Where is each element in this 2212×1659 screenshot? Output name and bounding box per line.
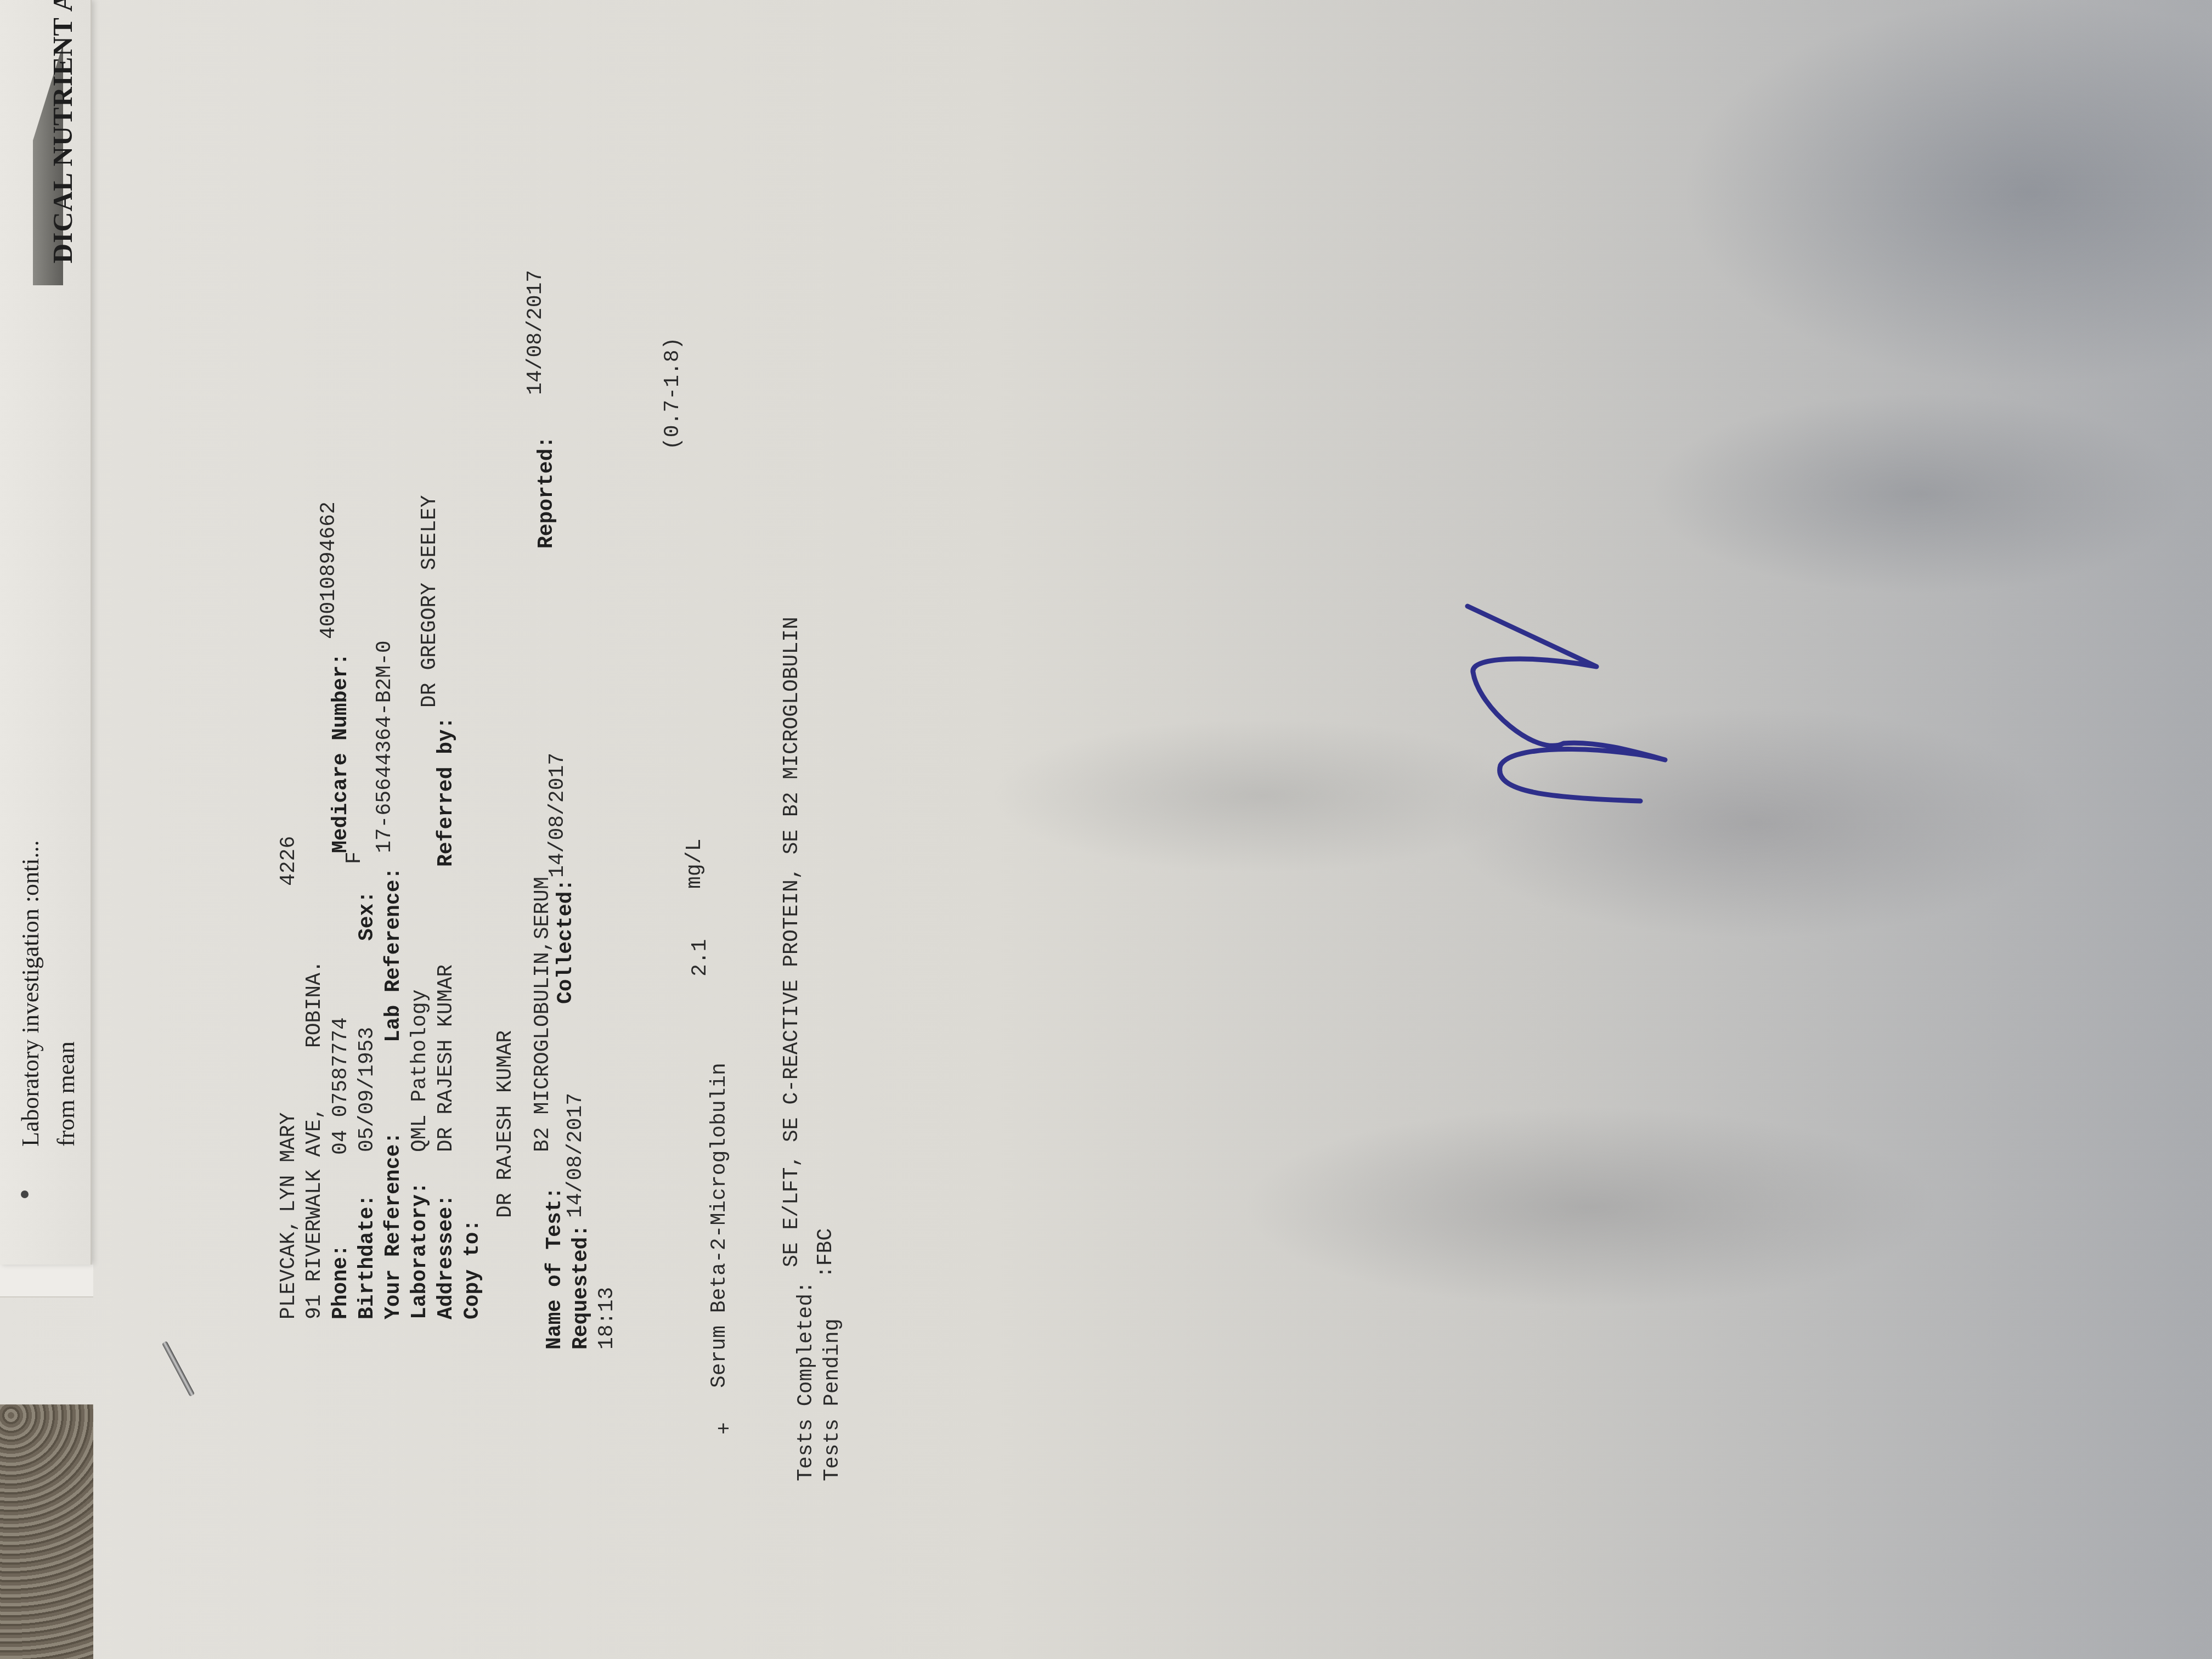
reported-label: Reported: <box>535 436 558 549</box>
requested-value: 14/08/2017 <box>564 1093 588 1218</box>
referred-by-label: Referred by: <box>435 716 458 867</box>
tests-pending-label: Tests Pending <box>821 1319 844 1481</box>
laboratory-value: QML Pathology <box>408 990 432 1152</box>
requested-time: 18:13 <box>595 1287 619 1350</box>
result-flag: + <box>713 1422 737 1435</box>
requested-label: Requested: <box>569 1224 593 1350</box>
result-reference-range: (0.7-1.8) <box>661 337 685 450</box>
medicare-label: Medicare Number: <box>329 653 353 853</box>
reported-value: 14/08/2017 <box>524 270 548 395</box>
birthdate-label: Birthdate: <box>356 1194 379 1319</box>
addressee-label: Addressee: <box>435 1194 458 1319</box>
handwritten-signature <box>1426 576 1865 960</box>
tests-completed-value: SE E/LFT, SE C-REACTIVE PROTEIN, SE B2 M… <box>780 617 804 1267</box>
patient-given-names: LYN MARY <box>277 1113 301 1212</box>
laboratory-label: Laboratory: <box>408 1182 432 1319</box>
patient-address: 91 RIVERWALK AVE, <box>303 1107 326 1319</box>
result-analyte: Serum Beta-2-Microglobulin <box>708 1063 731 1388</box>
paper-edge <box>0 1265 93 1297</box>
lab-reference-label: Lab Reference: <box>382 867 405 1042</box>
patient-surname: PLEVCAK, <box>277 1220 301 1319</box>
patient-suburb: ROBINA. <box>303 960 326 1048</box>
tests-pending-value: :FBC <box>814 1228 838 1278</box>
phone-value: 04 07587774 <box>329 1017 353 1155</box>
result-unit: mg/L <box>683 839 707 889</box>
copy-to-value: DR RAJESH KUMAR <box>494 1030 517 1218</box>
birthdate-value: 05/09/1953 <box>356 1027 379 1152</box>
test-name-label: Name of Test: <box>543 1187 567 1350</box>
medicare-number: 40010894662 <box>317 501 341 639</box>
result-value: 2.1 <box>689 939 712 977</box>
addressee-value: DR RAJESH KUMAR <box>435 964 458 1152</box>
sex-label: Sex: <box>356 891 379 941</box>
copy-to-label: Copy to: <box>461 1220 484 1319</box>
collected-value: 14/08/2017 <box>546 753 569 878</box>
collected-label: Collected: <box>554 879 578 1004</box>
lab-reference-value: 17-65644364-B2M-0 <box>373 640 397 853</box>
carpet-background <box>0 1404 93 1659</box>
attached-sheet-title: DICAL NUTRIENT ASSESS <box>47 0 78 263</box>
test-name-value: B2 MICROGLOBULIN,SERUM <box>531 877 555 1152</box>
bullet-icon <box>21 1190 29 1198</box>
attached-sheet-line-2: from mean <box>52 1041 80 1147</box>
phone-label: Phone: <box>329 1244 353 1319</box>
attached-sheet-line: Laboratory investigation :onti... <box>16 840 44 1147</box>
patient-postcode: 4226 <box>277 836 301 886</box>
sex-value: F <box>343 851 366 864</box>
your-reference-label: Your Reference: <box>382 1132 405 1319</box>
tests-completed-label: Tests Completed: <box>794 1281 818 1481</box>
referred-by-value: DR GREGORY SEELEY <box>418 495 442 708</box>
